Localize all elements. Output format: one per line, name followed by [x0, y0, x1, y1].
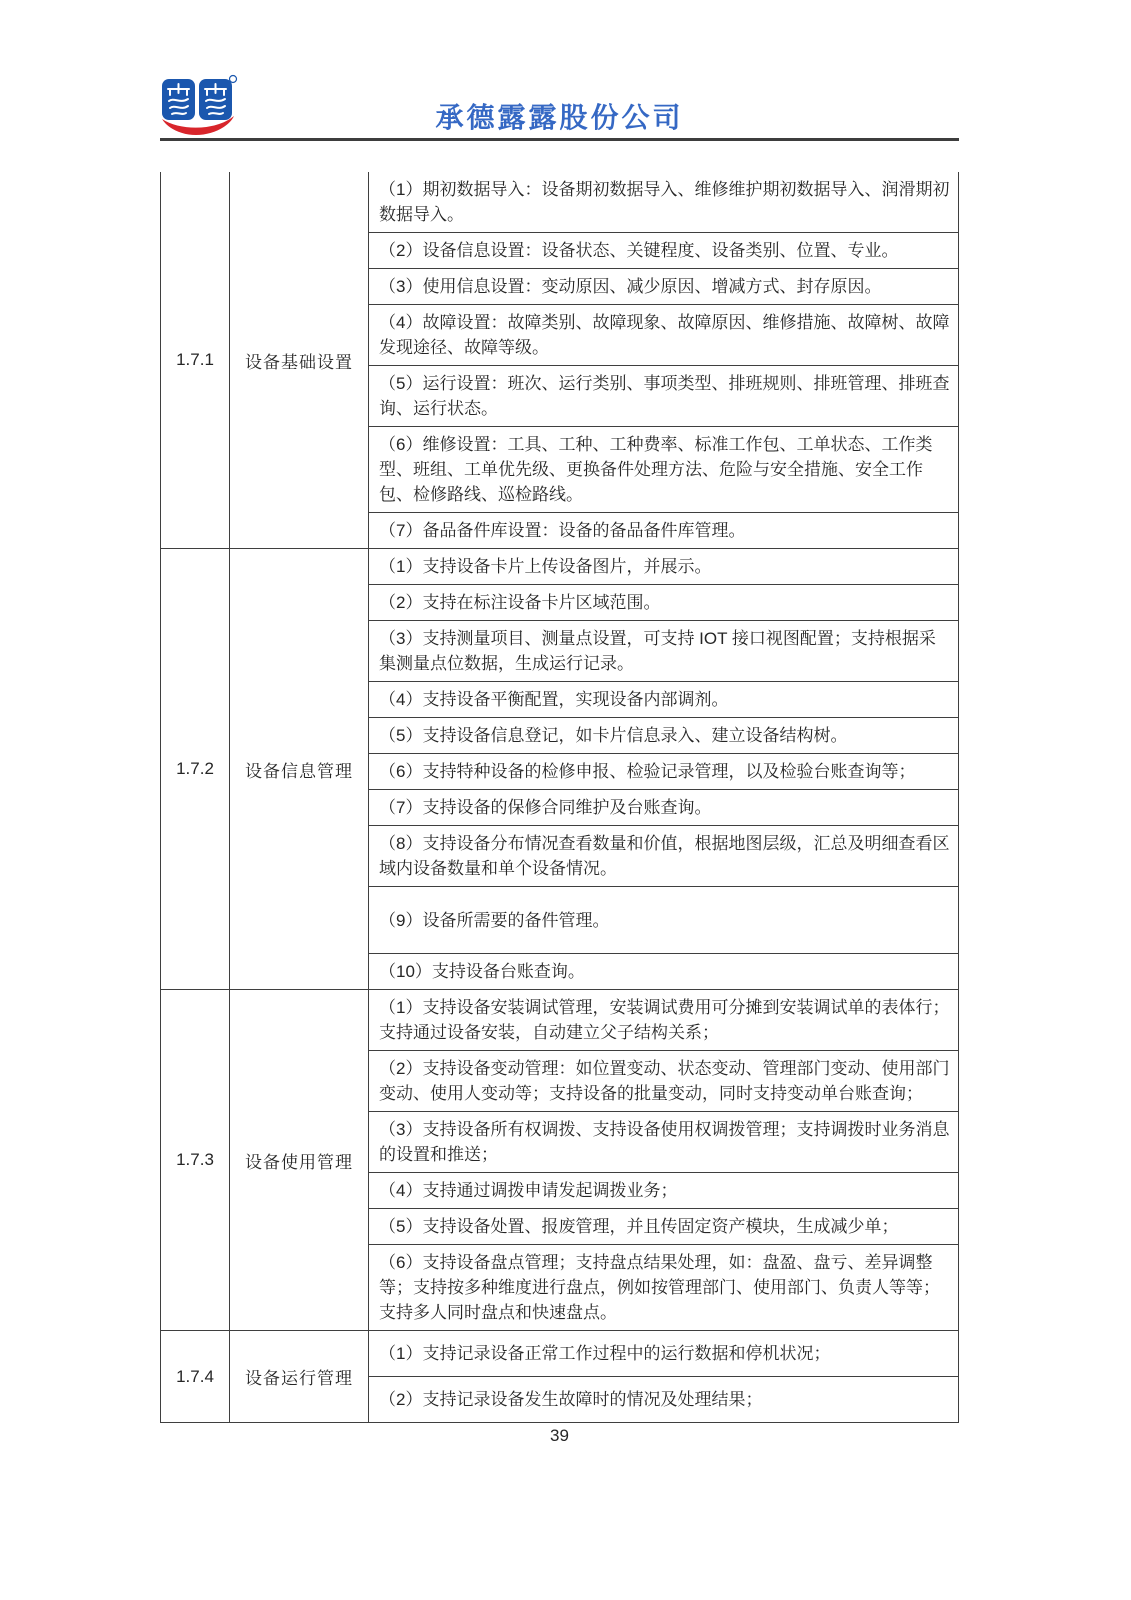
- requirement-item: （4）故障设置：故障类别、故障现象、故障原因、维修措施、故障树、故障发现途径、故…: [369, 305, 958, 366]
- requirement-item: （2）支持记录设备发生故障时的情况及处理结果；: [369, 1377, 958, 1422]
- section-code: 1.7.3: [160, 990, 230, 1330]
- section-category: 设备信息管理: [230, 549, 369, 989]
- requirement-item: （3）支持测量项目、测量点设置，可支持 IOT 接口视图配置；支持根据采集测量点…: [369, 621, 958, 682]
- requirement-item: （1）支持设备卡片上传设备图片，并展示。: [369, 549, 958, 585]
- requirement-item: （1）期初数据导入：设备期初数据导入、维修维护期初数据导入、润滑期初数据导入。: [369, 172, 958, 233]
- section-category: 设备运行管理: [230, 1331, 369, 1422]
- section-items: （1）期初数据导入：设备期初数据导入、维修维护期初数据导入、润滑期初数据导入。 …: [369, 172, 959, 548]
- requirement-item: （3）使用信息设置：变动原因、减少原因、增减方式、封存原因。: [369, 269, 958, 305]
- requirement-item: （4）支持通过调拨申请发起调拨业务；: [369, 1173, 958, 1209]
- requirement-item: （1）支持记录设备正常工作过程中的运行数据和停机状况；: [369, 1331, 958, 1377]
- section-category: 设备基础设置: [230, 172, 369, 548]
- document-page: 承德露露股份公司 1.7.1 设备基础设置 （1）期初数据导入：设备期初数据导入…: [0, 0, 1131, 1600]
- requirement-item: （4）支持设备平衡配置，实现设备内部调剂。: [369, 682, 958, 718]
- requirement-item: （6）支持设备盘点管理；支持盘点结果处理，如：盘盈、盘亏、差异调整等；支持按多种…: [369, 1245, 958, 1330]
- requirement-item: （9）设备所需要的备件管理。: [369, 887, 958, 954]
- section-1-7-1: 1.7.1 设备基础设置 （1）期初数据导入：设备期初数据导入、维修维护期初数据…: [160, 172, 959, 549]
- requirement-item: （7）备品备件库设置：设备的备品备件库管理。: [369, 513, 958, 548]
- section-1-7-4: 1.7.4 设备运行管理 （1）支持记录设备正常工作过程中的运行数据和停机状况；…: [160, 1331, 959, 1423]
- requirements-table: 1.7.1 设备基础设置 （1）期初数据导入：设备期初数据导入、维修维护期初数据…: [160, 172, 959, 1423]
- requirement-item: （6）维修设置：工具、工种、工种费率、标准工作包、工单状态、工作类型、班组、工单…: [369, 427, 958, 513]
- section-items: （1）支持记录设备正常工作过程中的运行数据和停机状况； （2）支持记录设备发生故…: [369, 1331, 959, 1422]
- section-code: 1.7.1: [160, 172, 230, 548]
- requirement-item: （2）支持在标注设备卡片区域范围。: [369, 585, 958, 621]
- requirement-item: （5）运行设置：班次、运行类别、事项类型、排班规则、排班管理、排班查询、运行状态…: [369, 366, 958, 427]
- requirement-item: （1）支持设备安装调试管理，安装调试费用可分摊到安装调试单的表体行；支持通过设备…: [369, 990, 958, 1051]
- requirement-item: （6）支持特种设备的检修申报、检验记录管理，以及检验台账查询等；: [369, 754, 958, 790]
- requirement-item: （5）支持设备处置、报废管理，并且传固定资产模块，生成减少单；: [369, 1209, 958, 1245]
- section-1-7-3: 1.7.3 设备使用管理 （1）支持设备安装调试管理，安装调试费用可分摊到安装调…: [160, 990, 959, 1331]
- requirement-item: （2）设备信息设置：设备状态、关键程度、设备类别、位置、专业。: [369, 233, 958, 269]
- section-code: 1.7.2: [160, 549, 230, 989]
- requirement-item: （8）支持设备分布情况查看数量和价值，根据地图层级，汇总及明细查看区域内设备数量…: [369, 826, 958, 887]
- requirement-item: （5）支持设备信息登记，如卡片信息录入、建立设备结构树。: [369, 718, 958, 754]
- company-title: 承德露露股份公司: [160, 96, 959, 136]
- page-number: 39: [160, 1426, 959, 1446]
- section-code: 1.7.4: [160, 1331, 230, 1422]
- requirement-item: （7）支持设备的保修合同维护及台账查询。: [369, 790, 958, 826]
- requirement-item: （10）支持设备台账查询。: [369, 954, 958, 989]
- section-items: （1）支持设备安装调试管理，安装调试费用可分摊到安装调试单的表体行；支持通过设备…: [369, 990, 959, 1330]
- header-divider: [160, 138, 959, 141]
- section-items: （1）支持设备卡片上传设备图片，并展示。 （2）支持在标注设备卡片区域范围。 （…: [369, 549, 959, 989]
- section-1-7-2: 1.7.2 设备信息管理 （1）支持设备卡片上传设备图片，并展示。 （2）支持在…: [160, 549, 959, 990]
- section-category: 设备使用管理: [230, 990, 369, 1330]
- requirement-item: （3）支持设备所有权调拨、支持设备使用权调拨管理；支持调拨时业务消息的设置和推送…: [369, 1112, 958, 1173]
- requirement-item: （2）支持设备变动管理：如位置变动、状态变动、管理部门变动、使用部门变动、使用人…: [369, 1051, 958, 1112]
